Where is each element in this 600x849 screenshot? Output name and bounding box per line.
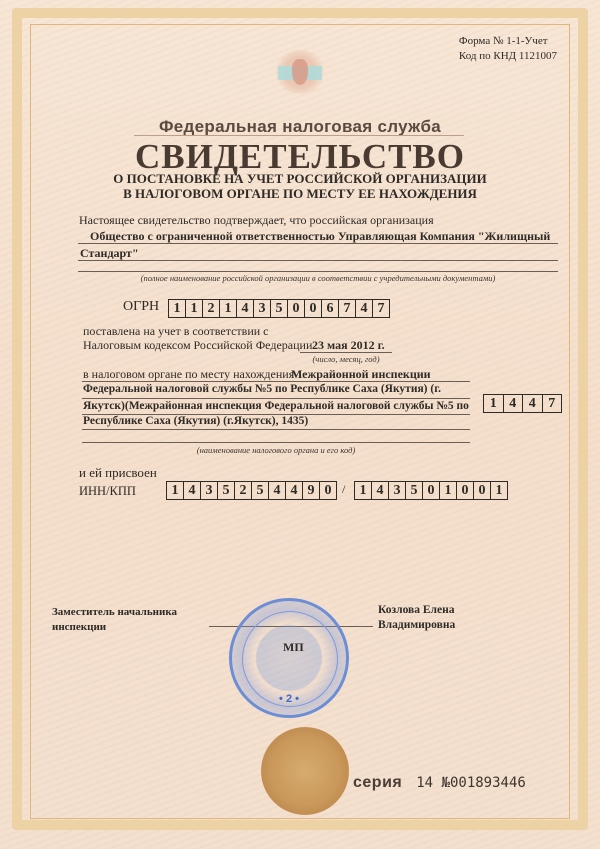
digit-box: 4 [372,482,389,499]
digit-box: 4 [269,482,286,499]
digit-box: 7 [373,300,389,317]
field-line [82,398,470,399]
digit-box: 1 [491,482,507,499]
tax-authority-name-line-4: Республике Саха (Якутия) (г.Якутск), 143… [83,415,308,427]
inn-kpp-separator: / [342,482,345,497]
digit-box: 7 [543,395,562,412]
field-line [82,381,470,382]
registration-line-1: поставлена на учет в соответствии с [83,324,268,339]
tax-authority-name-line-1: Межрайонной инспекции [291,367,431,382]
field-line [82,429,470,430]
digit-box: 0 [423,482,440,499]
digit-box: 3 [389,482,406,499]
digit-box: 1 [169,300,186,317]
subtitle-line-1: О ПОСТАНОВКЕ НА УЧЕТ РОССИЙСКОЙ ОРГАНИЗА… [0,171,600,186]
gold-seal-icon [261,727,349,815]
digit-box: 0 [457,482,474,499]
form-number: Форма № 1-1-Учет [459,34,557,49]
field-line [82,442,470,443]
digit-box: 2 [203,300,220,317]
date-caption: (число, месяц, год) [300,354,392,364]
inn-kpp-label: ИНН/КПП [79,484,136,499]
field-line [78,243,558,244]
digit-box: 4 [184,482,201,499]
digit-box: 1 [440,482,457,499]
assigned-intro: и ей присвоен [79,465,157,481]
name-line-1: Козлова Елена [378,603,455,618]
digit-box: 5 [218,482,235,499]
ogrn-digit-boxes: 1121435006747 [168,299,390,318]
knd-code: Код по КНД 1121007 [459,49,557,64]
registration-date: 23 мая 2012 г. [312,338,385,353]
series-label: серия [353,774,402,791]
digit-box: 0 [474,482,491,499]
series-number: серия14 №001893446 [353,774,526,792]
digit-box: 1 [484,395,504,412]
organization-intro: Настоящее свидетельство подтверждает, чт… [79,213,434,228]
digit-box: 1 [167,482,184,499]
form-identifier: Форма № 1-1-Учет Код по КНД 1121007 [459,34,557,64]
digit-box: 9 [303,482,320,499]
signatory-name: Козлова Елена Владимировна [378,603,455,633]
digit-box: 4 [286,482,303,499]
stamp-number: • 2 • [232,693,346,705]
field-line [78,271,558,272]
digit-box: 4 [504,395,524,412]
subtitle-line-2: В НАЛОГОВОМ ОРГАНЕ ПО МЕСТУ ЕЕ НАХОЖДЕНИ… [0,186,600,201]
organization-name-line-2: Стандарт" [80,246,139,261]
digit-box: 0 [288,300,305,317]
field-line [300,352,392,353]
digit-box: 4 [356,300,373,317]
tax-authority-name-line-2: Федеральной налоговой службы №5 по Респу… [83,383,441,395]
stamp-place-label: МП [283,640,304,655]
digit-box: 6 [322,300,339,317]
document-subtitle: О ПОСТАНОВКЕ НА УЧЕТ РОССИЙСКОЙ ОРГАНИЗА… [0,171,600,201]
digit-box: 5 [271,300,288,317]
digit-box: 1 [186,300,203,317]
tax-authority-code-boxes: 1447 [483,394,562,413]
tax-authority-name-line-3: Якутск)(Межрайонная инспекция Федерально… [83,400,469,412]
organization-name-line-1: Общество с ограниченной ответственностью… [90,229,550,244]
tax-authority-intro: в налоговом органе по месту нахождения [83,367,294,382]
name-line-2: Владимировна [378,618,455,633]
digit-box: 7 [339,300,356,317]
inn-digit-boxes: 1435254490 [166,481,337,500]
digit-box: 3 [254,300,271,317]
tax-authority-caption: (наименование налогового органа и его ко… [82,445,470,455]
digit-box: 3 [201,482,218,499]
digit-box: 0 [305,300,322,317]
digit-box: 4 [237,300,254,317]
digit-box: 1 [220,300,237,317]
digit-box: 5 [406,482,423,499]
position-line-1: Заместитель начальника [52,605,177,620]
official-stamp-icon: • 2 • [229,598,349,718]
kpp-digit-boxes: 143501001 [354,481,508,500]
digit-box: 2 [235,482,252,499]
divider [134,135,464,136]
agency-name: Федеральная налоговая служба [0,117,600,137]
digit-box: 0 [320,482,336,499]
coat-of-arms-hologram-icon [274,50,326,94]
position-line-2: инспекции [52,620,177,635]
digit-box: 5 [252,482,269,499]
digit-box: 4 [523,395,543,412]
ogrn-label: ОГРН [123,299,159,315]
digit-box: 1 [355,482,372,499]
organization-caption: (полное наименование российской организа… [78,273,558,283]
series-value: 14 №001893446 [416,775,526,791]
signatory-position: Заместитель начальника инспекции [52,605,177,635]
field-line [78,260,558,261]
registration-line-2: Налоговым кодексом Российской Федерации [83,338,312,353]
